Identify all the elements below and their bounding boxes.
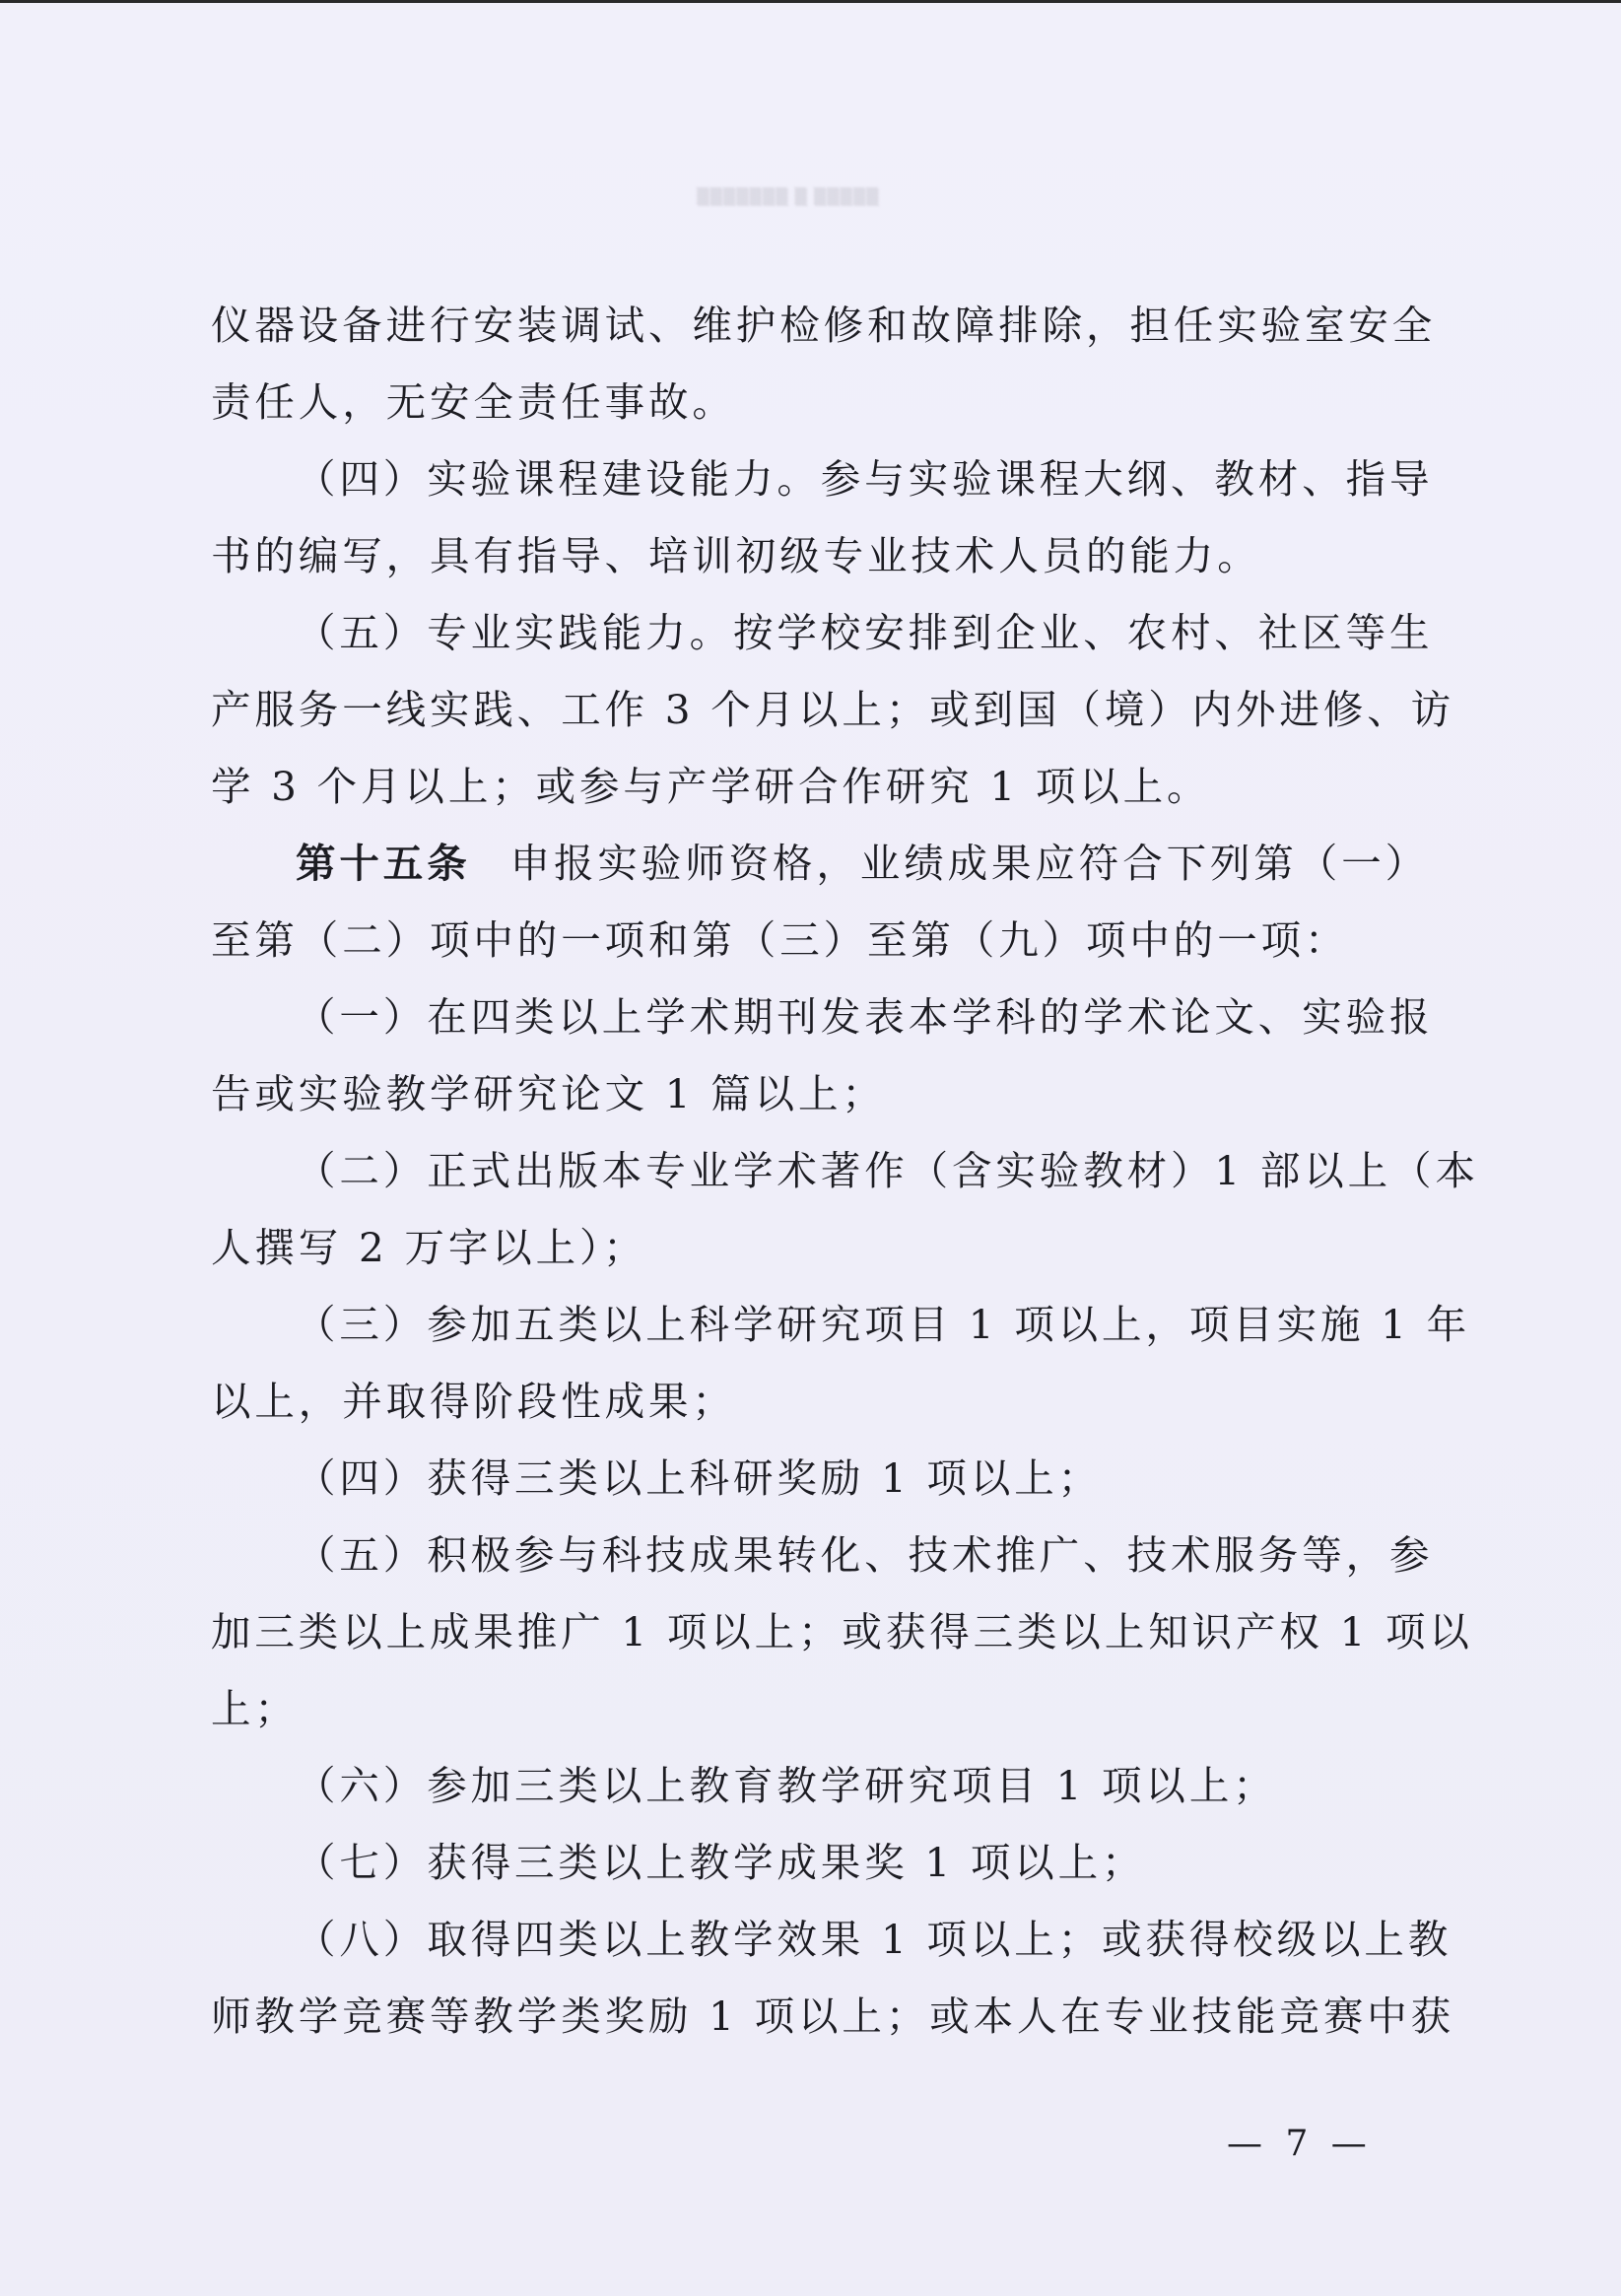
- text-line: 人撰写 2 万字以上）；: [211, 1218, 647, 1277]
- text-line: 告或实验教学研究论文 1 篇以上；: [211, 1064, 886, 1123]
- text-line: 至第（二）项中的一项和第（三）至第（九）项中的一项：: [211, 911, 1348, 970]
- text-line: （二）正式出版本专业学术著作（含实验教材）1 部以上（本: [296, 1141, 1479, 1200]
- text-line: 产服务一线实践、工作 3 个月以上；或到国（境）内外进修、访: [211, 680, 1454, 739]
- text-line: 加三类以上成果推广 1 项以上；或获得三类以上知识产权 1 项以: [211, 1602, 1473, 1661]
- text-line: 学 3 个月以上；或参与产学研合作研究 1 项以上。: [211, 757, 1210, 816]
- article-heading-line: 第十五条申报实验师资格，业绩成果应符合下列第（一）: [296, 834, 1429, 893]
- article-label: 第十五条: [296, 840, 471, 887]
- document-page: ▒▒▒▒▒▒▒ ▒ ▒▒▒▒▒ 仪器设备进行安装调试、维护检修和故障排除，担任实…: [0, 0, 1621, 2296]
- text-line: （五）积极参与科技成果转化、技术推广、技术服务等，参: [296, 1525, 1433, 1585]
- page-number: — 7 —: [1227, 2124, 1373, 2164]
- text-line: （八）取得四类以上教学效果 1 项以上；或获得校级以上教: [296, 1910, 1452, 1969]
- text-line: 书的编写，具有指导、培训初级专业技术人员的能力。: [211, 526, 1261, 585]
- text-line: （三）参加五类以上科学研究项目 1 项以上，项目实施 1 年: [296, 1295, 1470, 1354]
- text-line: （六）参加三类以上教育教学研究项目 1 项以上；: [296, 1756, 1277, 1815]
- text-line: （一）在四类以上学术期刊发表本学科的学术论文、实验报: [296, 987, 1433, 1047]
- scan-top-edge: [0, 0, 1621, 3]
- text-line: 仪器设备进行安装调试、维护检修和故障排除，担任实验室安全: [211, 296, 1436, 355]
- text-line: （五）专业实践能力。按学校安排到企业、农村、社区等生: [296, 603, 1433, 662]
- article-text: 申报实验师资格，业绩成果应符合下列第（一）: [510, 840, 1429, 887]
- text-line: 上；: [211, 1679, 299, 1738]
- header-bleed-through: ▒▒▒▒▒▒▒ ▒ ▒▒▒▒▒: [641, 187, 936, 209]
- text-line: 责任人，无安全责任事故。: [211, 372, 736, 432]
- text-line: （四）实验课程建设能力。参与实验课程大纲、教材、指导: [296, 449, 1433, 508]
- text-line: 师教学竞赛等教学类奖励 1 项以上；或本人在专业技能竞赛中获: [211, 1987, 1454, 2046]
- text-line: 以上，并取得阶段性成果；: [211, 1372, 736, 1431]
- text-line: （七）获得三类以上教学成果奖 1 项以上；: [296, 1833, 1145, 1892]
- text-line: （四）获得三类以上科研奖励 1 项以上；: [296, 1449, 1102, 1508]
